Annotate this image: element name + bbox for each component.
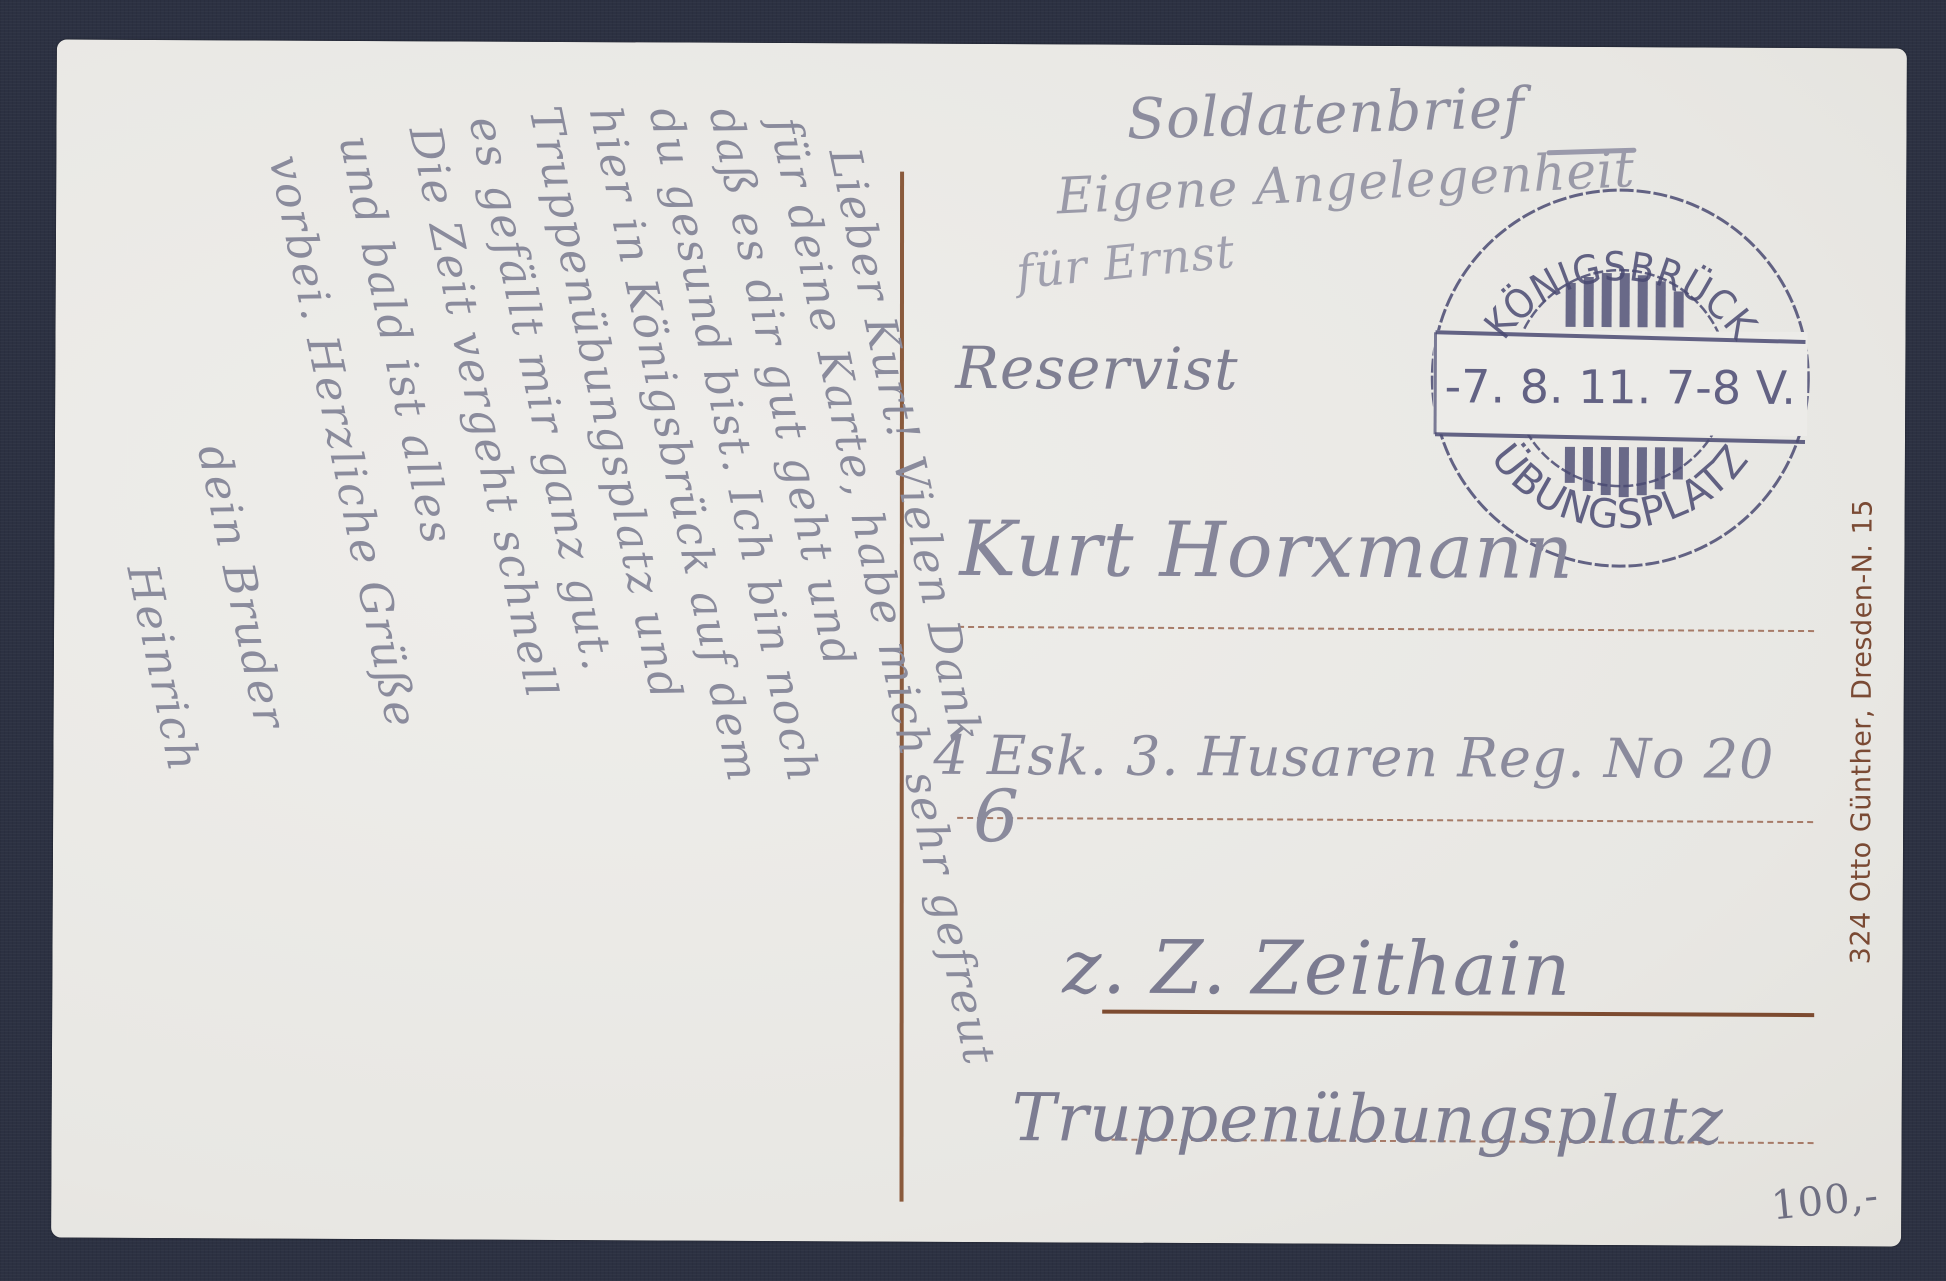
address-line3-text: 4 Esk. 3. Husaren Reg. No 20 (933, 724, 1774, 791)
price-note: 100,- (1769, 1173, 1881, 1229)
header-note-fuer: für Ernst (1014, 224, 1238, 300)
address-line-2 (957, 817, 1813, 823)
postcard: Soldatenbrief Eigene Angelegenheit für E… (51, 39, 1907, 1246)
address-line-1 (958, 626, 1814, 632)
postmark-date: -7. 8. 11. 7-8 V. (1444, 359, 1796, 415)
message-line-11: dein Bruder (187, 440, 296, 734)
header-note-soldatenbrief: Soldatenbrief (1126, 76, 1526, 153)
printer-imprint: 324 Otto Günther, Dresden-N. 15 (1845, 499, 1878, 964)
address-line1-text: Reservist (955, 334, 1239, 403)
address-line5-text: Truppenübungsplatz (1011, 1079, 1723, 1159)
address-line3-mark: 6 (973, 774, 1020, 858)
message-line-12: Heinrich (116, 560, 209, 777)
address-line2-text: Kurt Horxmann (959, 504, 1574, 596)
address-line4-text: z. Z. Zeithain (1062, 924, 1571, 1012)
